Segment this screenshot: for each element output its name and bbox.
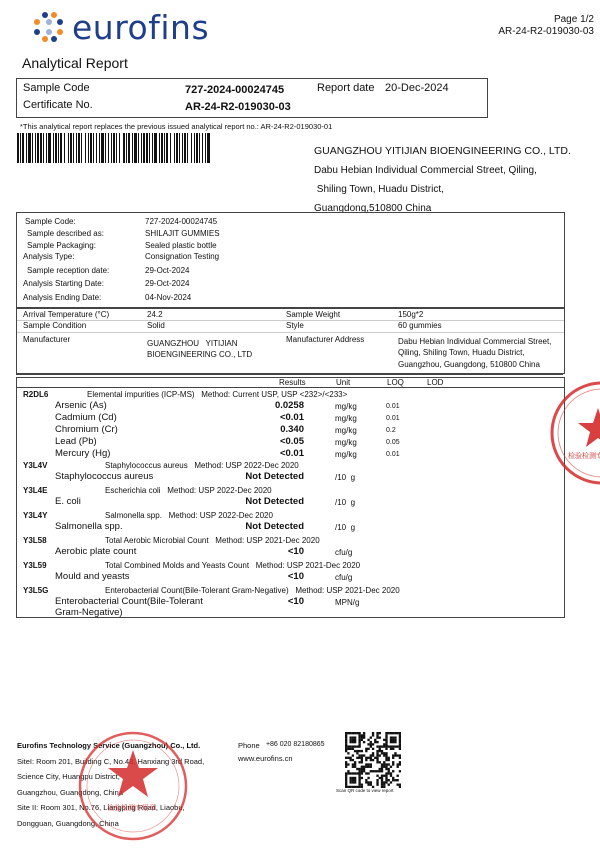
detail-value: 04-Nov-2024 [145, 293, 191, 302]
style-value: 60 gummies [398, 320, 442, 331]
sample-condition-value: Solid [147, 320, 165, 331]
unit: mg/kg [335, 426, 357, 435]
lab-contact-block: Phone +86 020 82180865 www.eurofins.cn [238, 738, 325, 765]
results-table: Results Unit LOQ LOD R2DL6Elemental impu… [16, 377, 565, 618]
sample-weight-value: 150g*2 [398, 309, 423, 320]
test-method: Salmonella spp. Method: USP 2022-Dec 202… [105, 511, 273, 520]
client-address-block: GUANGZHOU YITIJIAN BIOENGINEERING CO., L… [314, 142, 571, 218]
eurofins-logo: eurofins [32, 10, 209, 44]
page-number: Page 1/2 [498, 14, 594, 26]
method: Method: USP 2022-Dec 2020 [167, 486, 271, 495]
unit: cfu/g [335, 548, 352, 557]
method: Method: USP 2022-Dec 2020 [194, 461, 298, 470]
qr-caption: Scan QR code to view report [336, 788, 394, 793]
test-name: Total Aerobic Microbial Count [105, 536, 209, 545]
analyte-name: Lead (Pb) [55, 436, 97, 447]
detail-label: Sample Packaging: [27, 241, 96, 250]
detail-value: Consignation Testing [145, 252, 219, 261]
lab-address-line: Guangzhou, Guangdong, China [17, 785, 204, 801]
certificate-value: AR-24-R2-019030-03 [185, 101, 291, 113]
result-value: <10 [224, 546, 304, 557]
result-value: <10 [224, 571, 304, 582]
report-summary-box: Sample Code 727-2024-00024745 Report dat… [16, 78, 488, 118]
analyte-name: Enterobacterial Count(Bile-Tolerant [55, 596, 203, 607]
test-name: Total Combined Molds and Yeasts Count [105, 561, 249, 570]
test-name: Escherichia coli [105, 486, 161, 495]
detail-value: SHILAJIT GUMMIES [145, 229, 220, 238]
column-header-unit: Unit [336, 378, 350, 387]
client-address-line: Shiling Town, Huadu District, [314, 180, 571, 199]
loq-value: 0.01 [386, 451, 400, 458]
lab-address-line: Site II: Room 301, No.76, Liangping Road… [17, 800, 204, 816]
column-header-results: Results [279, 378, 306, 387]
test-method: Staphylococcus aureus Method: USP 2022-D… [105, 461, 299, 470]
detail-value: Sealed plastic bottle [145, 241, 217, 250]
detail-label: Sample described as: [27, 229, 104, 238]
detail-label: Analysis Type: [23, 252, 74, 261]
client-address-line: Dabu Hebian Individual Commercial Street… [314, 161, 571, 180]
sample-condition-label: Sample Condition [23, 320, 86, 331]
test-code: Y3L58 [23, 536, 47, 545]
style-label: Style [286, 320, 304, 331]
detail-value: 29-Oct-2024 [145, 266, 189, 275]
analyte-name: Aerobic plate count [55, 546, 136, 557]
result-value: <10 [224, 596, 304, 607]
result-value: <0.01 [224, 412, 304, 423]
brand-name: eurofins [72, 11, 209, 44]
loq-value: 0.05 [386, 439, 400, 446]
sample-code-label: Sample Code [23, 82, 90, 94]
sample-info-box: Arrival Temperature (°C) 24.2 Sample Wei… [16, 308, 565, 374]
certificate-label: Certificate No. [23, 99, 93, 111]
arrival-temp-value: 24.2 [147, 309, 163, 320]
manufacturer-label: Manufacturer [23, 334, 70, 345]
analyte-name: Mercury (Hg) [55, 448, 110, 459]
detail-label: Analysis Starting Date: [23, 279, 104, 288]
unit: /10 g [335, 473, 355, 482]
test-name: Staphylococcus aureus [105, 461, 188, 470]
manufacturer-value-line: GUANGZHOU YITIJIAN [147, 338, 238, 349]
qr-code[interactable] [345, 732, 401, 788]
page-info: Page 1/2 AR-24-R2-019030-03 [498, 14, 594, 38]
sample-weight-label: Sample Weight [286, 309, 340, 320]
replacement-notice: *This analytical report replaces the pre… [20, 122, 332, 131]
method: Method: USP 2021-Dec 2020 [256, 561, 360, 570]
column-header-loq: LOQ [387, 378, 404, 387]
client-name: GUANGZHOU YITIJIAN BIOENGINEERING CO., L… [314, 142, 571, 161]
result-value: <0.01 [224, 448, 304, 459]
detail-value: 727-2024-00024745 [145, 217, 217, 226]
analyte-name: Chromium (Cr) [55, 424, 118, 435]
unit: mg/kg [335, 438, 357, 447]
detail-value: 29-Oct-2024 [145, 279, 189, 288]
lab-address-line: Science City, Huangpu District, [17, 769, 204, 785]
test-name: Enterobacterial Count(Bile-Tolerant Gram… [105, 586, 289, 595]
eurofins-dots-icon [32, 10, 66, 44]
analyte-name: Staphylococcus aureus [55, 471, 153, 482]
manufacturer-address-label: Manufacturer Address [286, 334, 364, 345]
loq-value: 0.2 [386, 427, 396, 434]
test-method: Enterobacterial Count(Bile-Tolerant Gram… [105, 586, 400, 595]
result-value: Not Detected [224, 521, 304, 532]
report-date-label: Report date [317, 82, 374, 94]
method: Method: USP 2021-Dec 2020 [215, 536, 319, 545]
result-value: 0.0258 [224, 400, 304, 411]
result-value: Not Detected [224, 496, 304, 507]
loq-value: 0.01 [386, 415, 400, 422]
test-code: Y3L59 [23, 561, 47, 570]
test-name: Elemental impurities (ICP-MS) [87, 390, 195, 399]
analyte-name: Cadmium (Cd) [55, 412, 117, 423]
result-value: 0.340 [224, 424, 304, 435]
unit: /10 g [335, 498, 355, 507]
test-method: Escherichia coli Method: USP 2022-Dec 20… [105, 486, 272, 495]
method: Method: USP 2021-Dec 2020 [295, 586, 399, 595]
column-header-lod: LOD [427, 378, 443, 387]
report-date-value: 20-Dec-2024 [385, 82, 449, 94]
test-name: Salmonella spp. [105, 511, 162, 520]
phone-label: Phone [238, 741, 260, 750]
unit: /10 g [335, 523, 355, 532]
website-link[interactable]: www.eurofins.cn [238, 752, 325, 765]
analyte-name: Salmonella spp. [55, 521, 123, 532]
detail-label: Analysis Ending Date: [23, 293, 101, 302]
test-code: Y3L5G [23, 586, 48, 595]
unit: mg/kg [335, 402, 357, 411]
test-method: Elemental impurities (ICP-MS) Method: Cu… [87, 390, 347, 399]
analyte-name: Arsenic (As) [55, 400, 107, 411]
test-method: Total Aerobic Microbial Count Method: US… [105, 536, 320, 545]
detail-label: Sample Code: [25, 217, 76, 226]
result-value: Not Detected [224, 471, 304, 482]
header-divider [17, 387, 564, 388]
lab-company-name: Eurofins Technology Service (Guangzhou) … [17, 738, 204, 754]
test-code: Y3L4E [23, 486, 47, 495]
sample-details-box: Sample Code:727-2024-00024745Sample desc… [16, 212, 565, 309]
unit: mg/kg [335, 414, 357, 423]
manufacturer-address-line: Qiling, Shiling Town, Huadu District, [398, 347, 525, 358]
barcode [17, 133, 211, 163]
unit: cfu/g [335, 573, 352, 582]
lab-address-block: Eurofins Technology Service (Guangzhou) … [17, 738, 204, 831]
manufacturer-address-line: Dabu Hebian Individual Commercial Street… [398, 336, 551, 347]
test-code: Y3L4Y [23, 511, 47, 520]
test-method: Total Combined Molds and Yeasts Count Me… [105, 561, 360, 570]
lab-address-line: Dongguan, Guangdong, China [17, 816, 204, 832]
method: Method: Current USP, USP <232>/<233> [201, 390, 347, 399]
method: Method: USP 2022-Dec 2020 [169, 511, 273, 520]
lab-address-line: SiteI: Room 201, Building C, No.48, Hanx… [17, 754, 204, 770]
test-code: Y3L4V [23, 461, 47, 470]
sample-code-value: 727-2024-00024745 [185, 84, 284, 96]
phone-number: +86 020 82180865 [266, 741, 325, 748]
analyte-name: E. coli [55, 496, 81, 507]
unit: mg/kg [335, 450, 357, 459]
page-title: Analytical Report [22, 55, 128, 71]
analyte-name-continued: Gram-Negative) [55, 607, 123, 618]
result-value: <0.05 [224, 436, 304, 447]
report-reference: AR-24-R2-019030-03 [498, 26, 594, 38]
unit: MPN/g [335, 598, 359, 607]
test-code: R2DL6 [23, 390, 48, 399]
divider [16, 374, 563, 375]
manufacturer-value-line: BIOENGINEERING CO., LTD [147, 349, 252, 360]
arrival-temp-label: Arrival Temperature (°C) [23, 309, 109, 320]
loq-value: 0.01 [386, 403, 400, 410]
stamp-text: 检验检测专用章 [568, 451, 600, 460]
manufacturer-address-line: Guangzhou, Guangdong, 510800 China [398, 359, 540, 370]
star-icon [578, 408, 600, 447]
analyte-name: Mould and yeasts [55, 571, 129, 582]
detail-label: Sample reception date: [27, 266, 109, 275]
